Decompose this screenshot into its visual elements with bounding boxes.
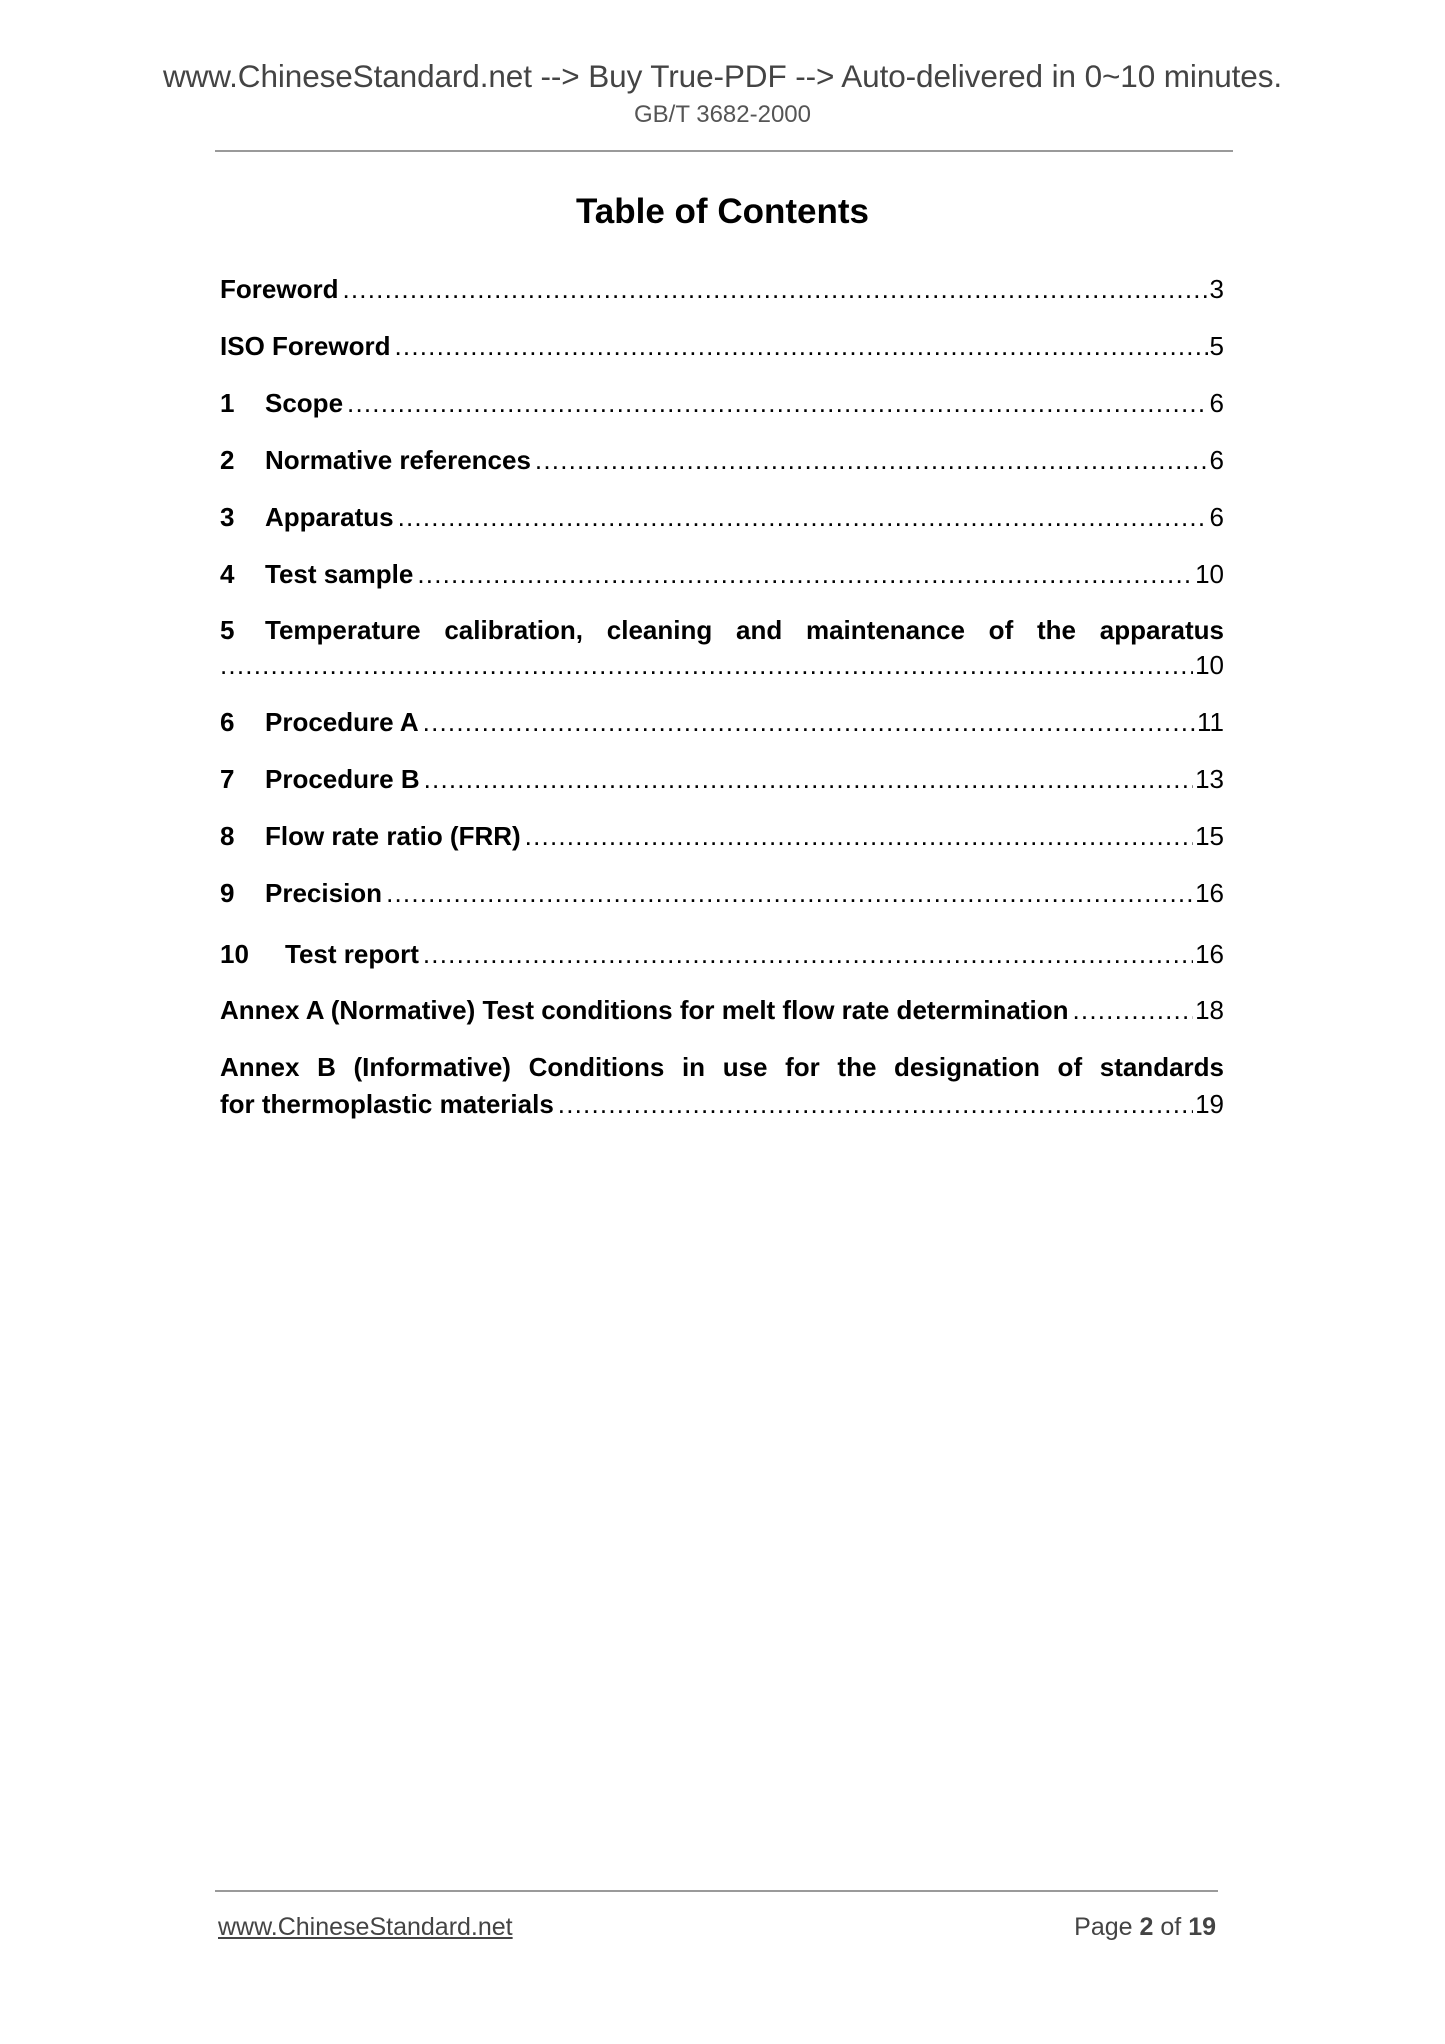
footer-website-link[interactable]: www.ChineseStandard.net: [218, 1912, 513, 1942]
toc-entry-annex-a[interactable]: Annex A (Normative) Test conditions for …: [220, 995, 1224, 1025]
header-banner: www.ChineseStandard.net --> Buy True-PDF…: [0, 56, 1445, 96]
dot-leader: [558, 1089, 1193, 1119]
toc-entry-page: 15: [1195, 821, 1224, 851]
toc-entry-number: 6: [220, 707, 265, 737]
page-prefix: Page: [1074, 1913, 1132, 1941]
toc-entry-page: 6: [1210, 445, 1224, 475]
toc-entry-flow-rate-ratio[interactable]: 8 Flow rate ratio (FRR) 15: [220, 821, 1224, 851]
toc-entry-number: 8: [220, 821, 265, 851]
dot-leader: [424, 764, 1193, 794]
page-of: of: [1160, 1913, 1181, 1941]
toc-entry-apparatus[interactable]: 3 Apparatus 6: [220, 502, 1224, 532]
toc-entry-number: 3: [220, 502, 265, 532]
header-divider: [215, 150, 1233, 152]
toc-entry-page: 16: [1195, 939, 1224, 969]
page-current: 2: [1140, 1913, 1154, 1941]
toc-entry-temperature-calibration[interactable]: 5 Temperature calibration, cleaning and …: [220, 615, 1224, 645]
toc-entry-precision[interactable]: 9 Precision 16: [220, 878, 1224, 908]
toc-entry-annex-b[interactable]: Annex B (Informative) Conditions in use …: [220, 1052, 1224, 1082]
dot-leader: [386, 878, 1193, 908]
dot-leader: [342, 274, 1207, 304]
dot-leader: [525, 821, 1193, 851]
toc-entry-label: Test report: [285, 939, 419, 969]
toc-entry-label: Normative references: [265, 445, 531, 475]
toc-entry-page: 16: [1195, 878, 1224, 908]
toc-entry-scope[interactable]: 1 Scope 6: [220, 388, 1224, 418]
dot-leader: [1072, 995, 1193, 1025]
toc-entry-page: 3: [1210, 274, 1224, 304]
toc-entry-test-report[interactable]: 10 Test report 16: [220, 939, 1224, 969]
toc-entry-label: Procedure B: [265, 764, 420, 794]
toc-entry-number: 10: [220, 939, 285, 969]
dot-leader: [398, 502, 1208, 532]
dot-leader: [423, 707, 1195, 737]
toc-entry-label: Scope: [265, 388, 343, 418]
toc-entry-label: Temperature calibration, cleaning and ma…: [265, 615, 1224, 645]
toc-entry-label: Procedure A: [265, 707, 419, 737]
toc-entry-number: 2: [220, 445, 265, 475]
toc-entry-label: Apparatus: [265, 502, 394, 532]
toc-entry-foreword[interactable]: Foreword 3: [220, 274, 1224, 304]
toc-entry-test-sample[interactable]: 4 Test sample 10: [220, 559, 1224, 589]
dot-leader: [535, 445, 1208, 475]
toc-entry-label: ISO Foreword: [220, 331, 390, 361]
toc-entry-iso-foreword[interactable]: ISO Foreword 5: [220, 331, 1224, 361]
toc-entry-procedure-b[interactable]: 7 Procedure B 13: [220, 764, 1224, 794]
toc-entry-annex-b-continued[interactable]: for thermoplastic materials 19: [220, 1089, 1224, 1119]
toc-entry-temperature-calibration-leader[interactable]: 10: [220, 650, 1224, 680]
dot-leader: [220, 650, 1193, 680]
toc-entry-page: 10: [1195, 559, 1224, 589]
toc-entry-label: Annex A (Normative) Test conditions for …: [220, 995, 1068, 1025]
dot-leader: [423, 939, 1193, 969]
page-total: 19: [1188, 1913, 1216, 1941]
standard-code: GB/T 3682-2000: [0, 101, 1445, 129]
toc-entry-label: Foreword: [220, 274, 338, 304]
toc-title: Table of Contents: [0, 192, 1445, 232]
toc-entry-page: 10: [1195, 650, 1224, 680]
toc-entry-page: 6: [1210, 502, 1224, 532]
toc-entry-page: 11: [1197, 707, 1224, 737]
toc-entry-label: Precision: [265, 878, 382, 908]
toc-entry-procedure-a[interactable]: 6 Procedure A 11: [220, 707, 1224, 737]
toc-entry-page: 6: [1210, 388, 1224, 418]
dot-leader: [394, 331, 1207, 361]
toc-entry-label: Flow rate ratio (FRR): [265, 821, 521, 851]
toc-entry-label: Test sample: [265, 559, 413, 589]
toc-entry-page: 18: [1195, 995, 1224, 1025]
footer-divider: [215, 1890, 1218, 1892]
toc-entry-number: 4: [220, 559, 265, 589]
toc-entry-label: Annex B (Informative) Conditions in use …: [220, 1052, 1224, 1082]
page-indicator: Page 2 of 19: [1074, 1912, 1216, 1942]
toc-entry-label-continued: for thermoplastic materials: [220, 1089, 554, 1119]
toc-entry-number: 1: [220, 388, 265, 418]
dot-leader: [417, 559, 1193, 589]
toc-entry-page: 19: [1195, 1089, 1224, 1119]
toc-entry-page: 13: [1195, 764, 1224, 794]
toc-entry-number: 9: [220, 878, 265, 908]
toc-entry-number: 5: [220, 615, 265, 645]
dot-leader: [347, 388, 1208, 418]
toc-entry-page: 5: [1210, 331, 1224, 361]
toc-entry-normative-references[interactable]: 2 Normative references 6: [220, 445, 1224, 475]
toc-entry-number: 7: [220, 764, 265, 794]
